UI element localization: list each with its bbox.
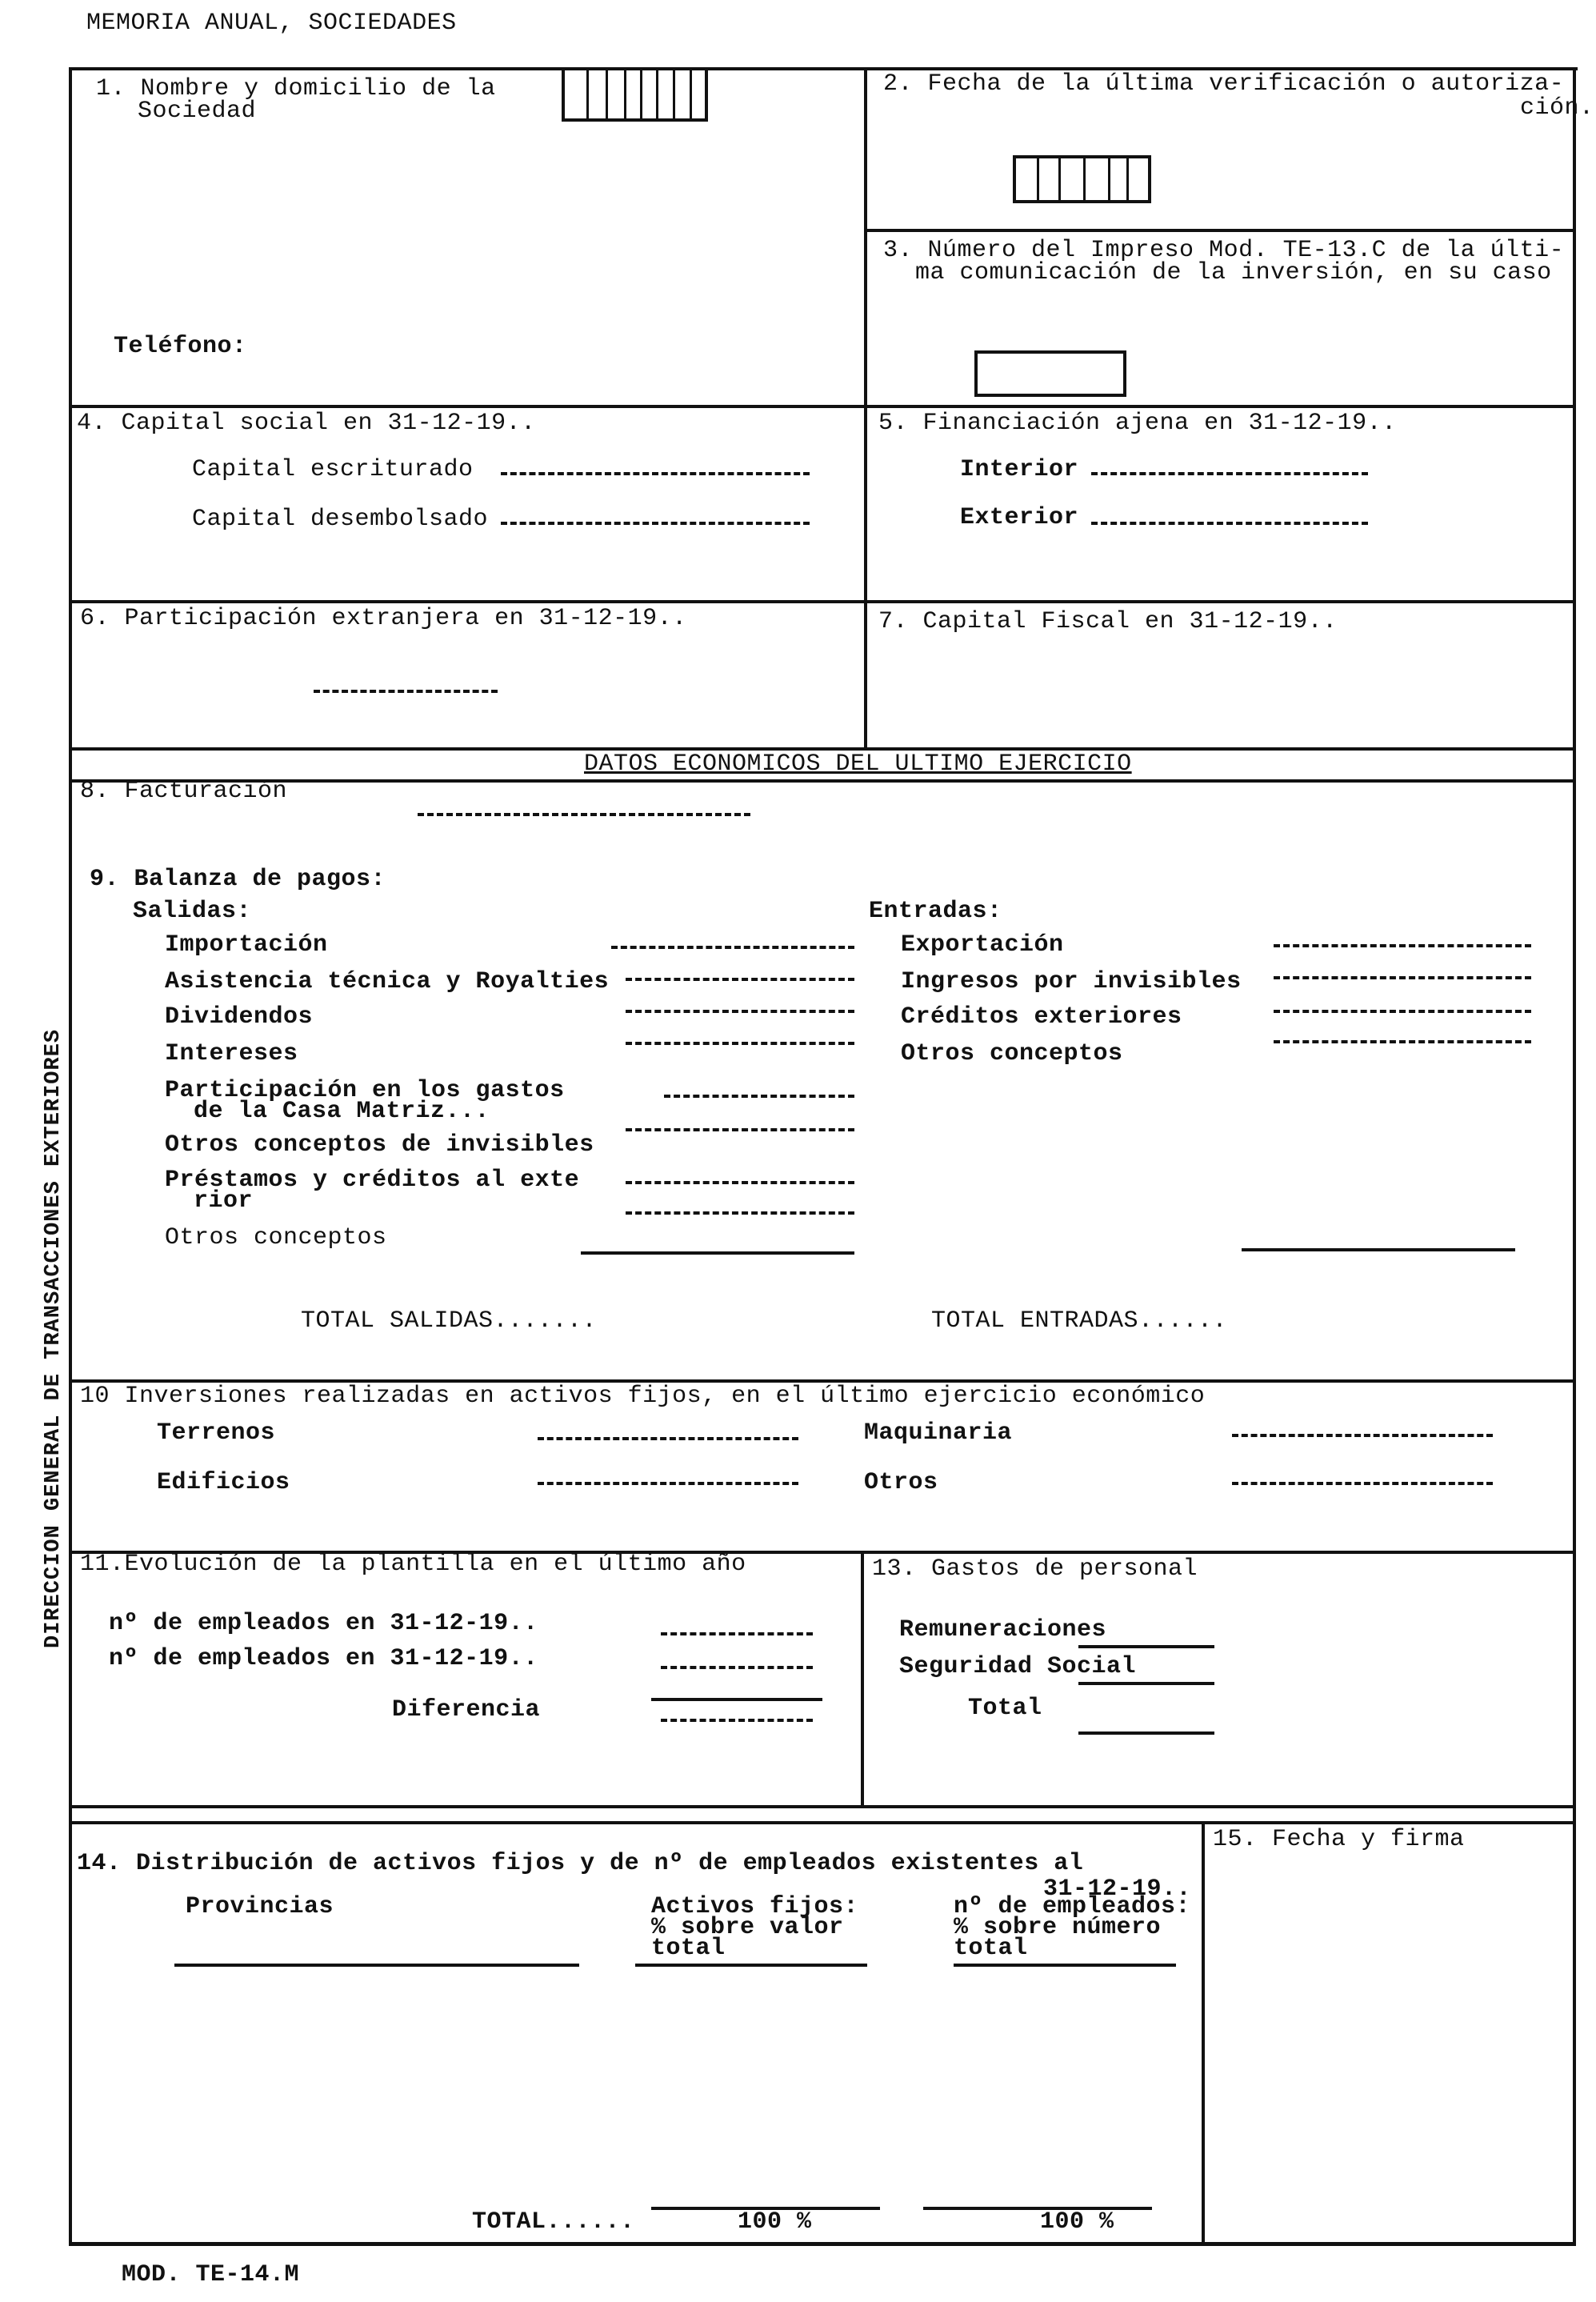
s10-maquinaria-input[interactable] (1232, 1434, 1493, 1440)
divider-row-1 (69, 405, 1576, 408)
s10-terrenos-input[interactable] (538, 1437, 798, 1443)
s5-field-label: Interior (960, 456, 1078, 483)
divider-econ-bottom (69, 779, 1576, 783)
s14-col-employees-3: total (954, 1935, 1028, 1962)
s11-diff-rule (651, 1698, 822, 1701)
s11-label: 11.Evolución de la plantilla en el últim… (80, 1551, 746, 1578)
s8-facturacion-input[interactable] (418, 813, 750, 819)
date-box[interactable] (1016, 158, 1039, 200)
s9-inflows-title: Entradas: (869, 898, 1002, 925)
s13-seguridad-social-input[interactable] (1078, 1682, 1214, 1685)
s5-exterior-input[interactable] (1091, 522, 1368, 528)
s13-label: 13. Gastos de personal (872, 1555, 1198, 1583)
form-model-code: MOD. TE-14.M (122, 2261, 299, 2288)
frame-left (69, 67, 72, 2245)
s6-value-input[interactable] (314, 690, 498, 696)
inflow-label: Créditos exteriores (901, 1003, 1182, 1031)
inflow-label: Exportación (901, 931, 1064, 959)
inflow-exportacion-input[interactable] (1274, 944, 1531, 951)
code-box[interactable] (675, 70, 692, 118)
s4-capital-desembolsado-input[interactable] (501, 522, 810, 528)
form-title: MEMORIA ANUAL, SOCIEDADES (86, 10, 457, 37)
s14-label: 14. Distribución de activos fijos y de n… (77, 1850, 1083, 1877)
outflow-dividendos-input[interactable] (626, 1010, 854, 1016)
s1-label-2: Sociedad (138, 98, 256, 125)
s5-label: 5. Financiación ajena en 31-12-19.. (878, 410, 1397, 437)
date-box[interactable] (1061, 158, 1086, 200)
outflow-prestamos-input[interactable] (626, 1181, 854, 1187)
s13-row-label: Remuneraciones (899, 1616, 1106, 1643)
inflow-label: Ingresos por invisibles (901, 968, 1242, 995)
s11-employees-start-input[interactable] (661, 1632, 813, 1639)
s13-total-label: Total (968, 1695, 1042, 1722)
s10-item-label: Edificios (157, 1469, 290, 1496)
code-box[interactable] (608, 70, 626, 118)
s11-row-label: nº de empleados en 31-12-19.. (109, 1645, 538, 1672)
s14-total-label: TOTAL...... (472, 2208, 635, 2236)
outflow-casa-matriz-input[interactable] (664, 1095, 854, 1101)
s3-number-box[interactable] (974, 350, 1126, 397)
economic-section-header: DATOS ECONOMICOS DEL ULTIMO EJERCICIO (584, 751, 1132, 778)
s13-row-label: Seguridad Social (899, 1653, 1136, 1680)
s14-assets-rule (635, 1964, 867, 1967)
s9-label: 9. Balanza de pagos: (90, 866, 386, 893)
code-box[interactable] (658, 70, 675, 118)
s10-item-label: Terrenos (157, 1419, 275, 1447)
s1-code-boxes[interactable] (562, 67, 708, 122)
inflow-creditos-input[interactable] (1274, 1010, 1531, 1016)
divider-s11-s14-b (69, 1821, 1576, 1824)
outflow-intereses-input[interactable] (626, 1042, 854, 1048)
code-box[interactable] (589, 70, 608, 118)
s14-total-assets: 100 % (738, 2208, 812, 2236)
divider-s14-s15 (1202, 1821, 1205, 2245)
s4-field-label: Capital desembolsado (192, 506, 488, 533)
inflows-total-label: TOTAL ENTRADAS...... (931, 1307, 1227, 1335)
divider-s2-s3 (864, 229, 1576, 232)
s4-field-label: Capital escriturado (192, 456, 474, 483)
s2-label-2: ción. (1520, 94, 1594, 122)
s1-phone-label: Teléfono: (114, 333, 247, 360)
s10-label: 10 Inversiones realizadas en activos fij… (80, 1383, 1205, 1410)
s6-label: 6. Participación extranjera en 31-12-19.… (80, 605, 687, 632)
s10-item-label: Maquinaria (864, 1419, 1012, 1447)
outflow-label: Importación (165, 931, 328, 959)
s10-edificios-input[interactable] (538, 1482, 798, 1488)
s13-total-input[interactable] (1078, 1732, 1214, 1735)
code-box[interactable] (642, 70, 658, 118)
outflow-label-2: rior (194, 1187, 253, 1215)
s5-interior-input[interactable] (1091, 472, 1368, 478)
s15-signature-area[interactable] (1208, 1864, 1568, 2232)
s3-label-2: ma comunicación de la inversión, en su c… (915, 259, 1552, 286)
outflow-label: Intereses (165, 1040, 298, 1067)
s14-col-provinces: Provincias (186, 1893, 334, 1920)
s14-employees-total-rule (923, 2207, 1152, 2210)
s2-date-boxes[interactable] (1013, 155, 1151, 203)
date-box[interactable] (1039, 158, 1061, 200)
code-box[interactable] (565, 70, 589, 118)
outflow-label-2: de la Casa Matriz... (194, 1098, 490, 1125)
s10-otros-input[interactable] (1232, 1482, 1493, 1488)
outflow-invisibles-input[interactable] (626, 1128, 854, 1135)
s9-outflows-title: Salidas: (133, 898, 251, 925)
s14-col-assets-3: total (651, 1935, 726, 1962)
s14-total-employees: 100 % (1040, 2208, 1114, 2236)
outflow-label: Asistencia técnica y Royalties (165, 968, 609, 995)
frame-bottom (69, 2242, 1576, 2246)
outflow-asistencia-input[interactable] (626, 978, 854, 984)
outflow-label: Otros conceptos (165, 1224, 387, 1251)
outflow-label: Dividendos (165, 1003, 313, 1031)
inflow-otros-input[interactable] (1274, 1040, 1531, 1047)
frame-right (1573, 67, 1576, 2245)
s11-employees-end-input[interactable] (661, 1666, 813, 1672)
divider-s11-s14-a (69, 1805, 1576, 1808)
inflows-total-rule (1242, 1248, 1515, 1251)
s10-item-label: Otros (864, 1469, 938, 1496)
code-box[interactable] (692, 70, 705, 118)
s2-label: 2. Fecha de la última verificación o aut… (883, 70, 1564, 98)
side-agency-label: DIRECCION GENERAL DE TRANSACCIONES EXTER… (42, 1029, 66, 1648)
s11-diff-label: Diferencia (392, 1696, 540, 1723)
date-box[interactable] (1086, 158, 1110, 200)
s5-field-label: Exterior (960, 504, 1078, 531)
divider-s11-s13 (861, 1551, 864, 1808)
s4-label: 4. Capital social en 31-12-19.. (77, 410, 536, 437)
s11-row-label: nº de empleados en 31-12-19.. (109, 1610, 538, 1637)
s14-employees-rule (954, 1964, 1176, 1967)
s4-capital-escriturado-input[interactable] (501, 472, 810, 478)
s8-label: 8. Facturación (80, 778, 287, 805)
outflows-total-rule (581, 1251, 854, 1255)
outflows-total-label: TOTAL SALIDAS....... (301, 1307, 597, 1335)
outflow-label: Otros conceptos de invisibles (165, 1131, 594, 1159)
inflow-label: Otros conceptos (901, 1040, 1123, 1067)
inflow-invisibles-input[interactable] (1274, 976, 1531, 983)
date-box[interactable] (1129, 158, 1148, 200)
s11-diff-input[interactable] (661, 1719, 813, 1725)
divider-row-2 (69, 600, 1576, 603)
s14-provinces-rule (174, 1964, 579, 1967)
s13-remuneraciones-input[interactable] (1078, 1645, 1214, 1648)
date-box[interactable] (1110, 158, 1129, 200)
s15-label: 15. Fecha y firma (1213, 1826, 1465, 1853)
s7-label: 7. Capital Fiscal en 31-12-19.. (878, 608, 1338, 635)
code-box[interactable] (626, 70, 642, 118)
outflow-otros-input[interactable] (626, 1211, 854, 1218)
outflow-importacion-input[interactable] (611, 946, 854, 952)
